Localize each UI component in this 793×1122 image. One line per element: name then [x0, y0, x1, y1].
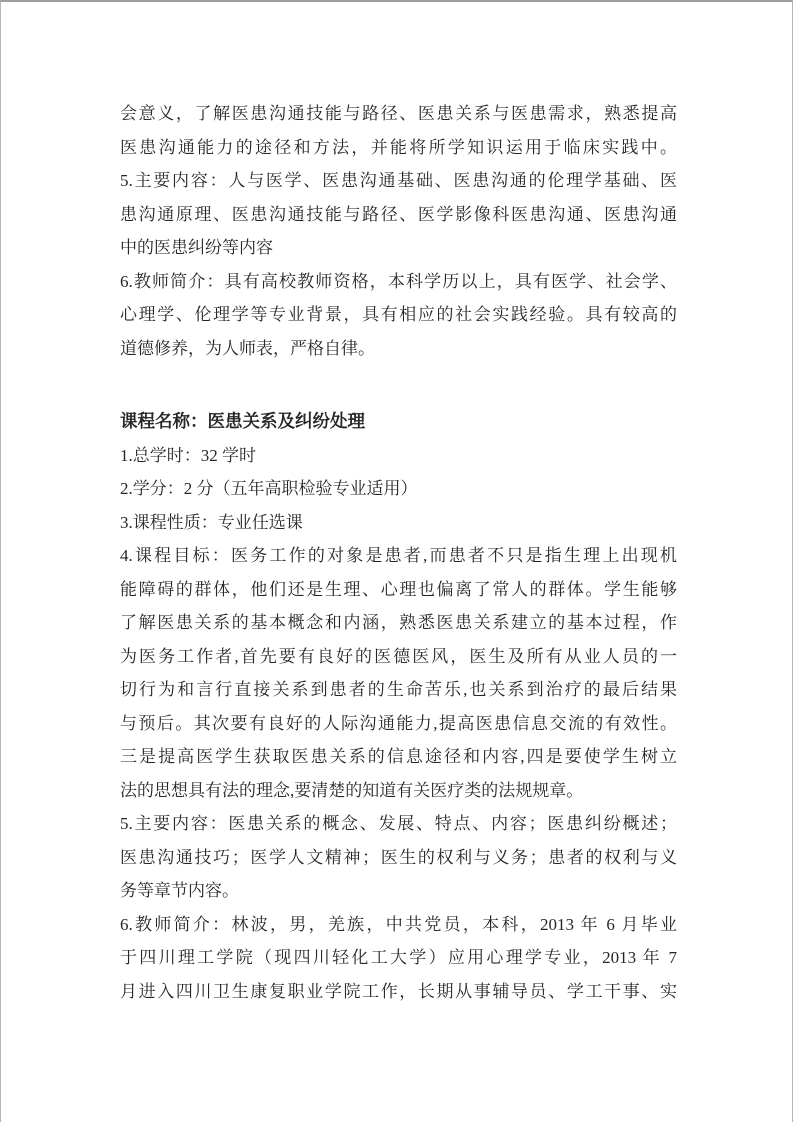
text-line: 心理学、伦理学等专业背景，具有相应的社会实践经验。具有较高的	[120, 298, 677, 332]
text-line: 医患沟通技巧；医学人文精神；医生的权利与义务；患者的权利与义	[120, 841, 677, 875]
text-line: 6.教师简介：具有高校教师资格，本科学历以上，具有医学、社会学、	[120, 265, 677, 299]
text-line: 于四川理工学院（现四川轻化工大学）应用心理学专业，2013 年 7	[120, 941, 677, 975]
page-content: 会意义，了解医患沟通技能与路径、医患关系与医患需求，熟悉提高医患沟通能力的途径和…	[120, 97, 677, 1008]
text-line: 月进入四川卫生康复职业学院工作，长期从事辅导员、学工干事、实	[120, 975, 677, 1009]
text-line: 了解医患关系的基本概念和内涵，熟悉医患关系建立的基本过程，作	[120, 606, 677, 640]
text-line: 医患沟通能力的途径和方法，并能将所学知识运用于临床实践中。	[120, 131, 677, 165]
text-line: 3.课程性质：专业任选课	[120, 506, 677, 540]
text-line: 中的医患纠纷等内容	[120, 231, 677, 265]
text-line: 会意义，了解医患沟通技能与路径、医患关系与医患需求，熟悉提高	[120, 97, 677, 131]
text-line: 与预后。其次要有良好的人际沟通能力,提高医患信息交流的有效性。	[120, 707, 677, 741]
text-line: 务等章节内容。	[120, 874, 677, 908]
course-title-heading: 课程名称：医患关系及纠纷处理	[120, 405, 677, 439]
text-line: 法的思想具有法的理念,要清楚的知道有关医疗类的法规规章。	[120, 774, 677, 808]
text-line: 道德修养，为人师表，严格自律。	[120, 332, 677, 366]
text-line: 1.总学时：32 学时	[120, 439, 677, 473]
text-line: 患沟通原理、医患沟通技能与路径、医学影像科医患沟通、医患沟通	[120, 198, 677, 232]
text-line: 5.主要内容：医患关系的概念、发展、特点、内容；医患纠纷概述；	[120, 807, 677, 841]
text-line: 三是提高医学生获取医患关系的信息途径和内容,四是要使学生树立	[120, 740, 677, 774]
document-page: 会意义，了解医患沟通技能与路径、医患关系与医患需求，熟悉提高医患沟通能力的途径和…	[0, 0, 793, 1122]
text-line: 切行为和言行直接关系到患者的生命苦乐,也关系到治疗的最后结果	[120, 673, 677, 707]
text-line: 能障碍的群体，他们还是生理、心理也偏离了常人的群体。学生能够	[120, 573, 677, 607]
text-line: 4.课程目标：医务工作的对象是患者,而患者不只是指生理上出现机	[120, 539, 677, 573]
text-line: 为医务工作者,首先要有良好的医德医风，医生及所有从业人员的一	[120, 640, 677, 674]
paragraph-spacer	[120, 365, 677, 405]
text-line: 6.教师简介：林波，男，羌族，中共党员，本科，2013 年 6 月毕业	[120, 908, 677, 942]
text-line: 5.主要内容：人与医学、医患沟通基础、医患沟通的伦理学基础、医	[120, 164, 677, 198]
text-line: 2.学分：2 分（五年高职检验专业适用）	[120, 472, 677, 506]
